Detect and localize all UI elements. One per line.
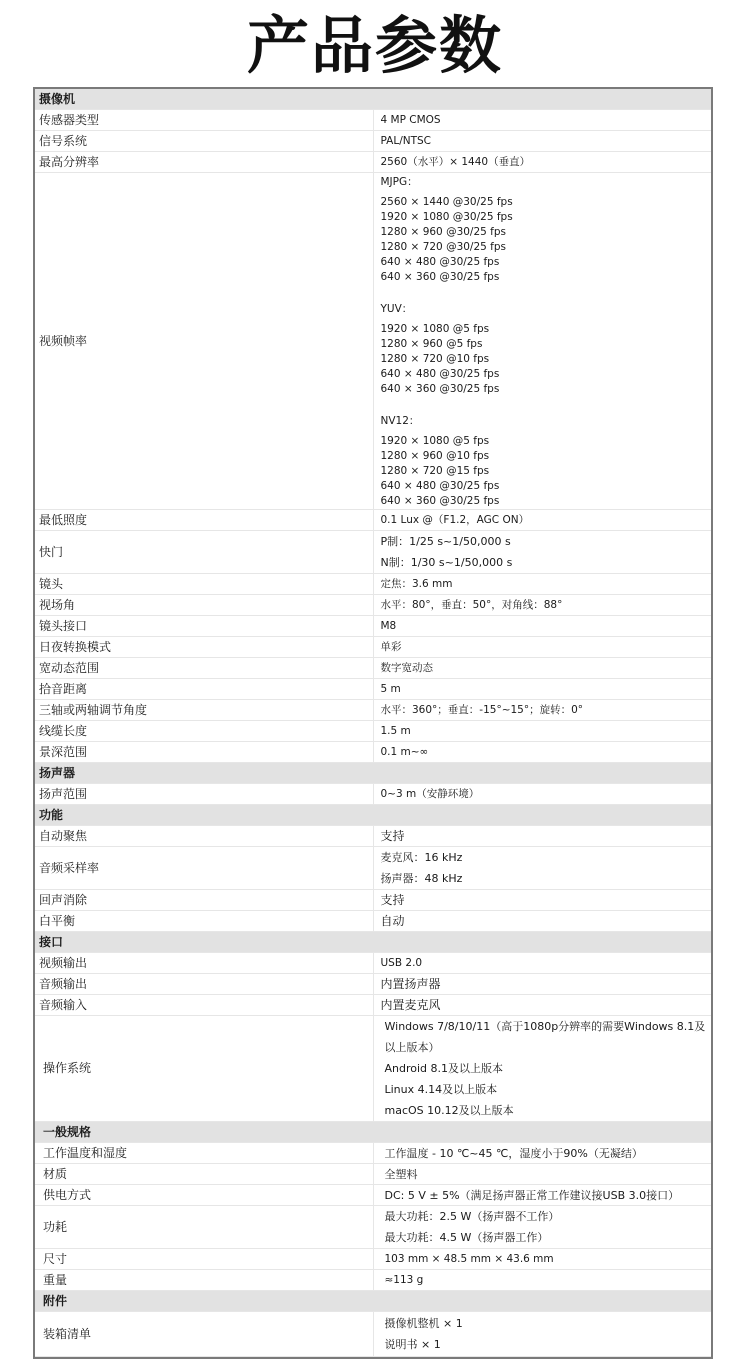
row-value: 内置麦克风 — [373, 995, 711, 1016]
row-value: 水平：80°，垂直：50°，对角线：88° — [373, 595, 711, 616]
table-row: 拾音距离 5 m — [35, 679, 711, 700]
row-label: 白平衡 — [35, 911, 373, 932]
table-row: 日夜转换模式 单彩 — [35, 637, 711, 658]
row-label: 视频输出 — [35, 953, 373, 974]
table-row: 视频输出 USB 2.0 — [35, 953, 711, 974]
frame-mode: 1920 × 1080 @5 fps — [381, 322, 708, 337]
row-label: 三轴或两轴调节角度 — [35, 700, 373, 721]
table-row: 扬声范围 0~3 m（安静环境） — [35, 784, 711, 805]
section-header-interface: 接口 — [35, 932, 711, 953]
spec-table: 摄像机 传感器类型 4 MP CMOS 信号系统 PAL/NTSC 最高分辨率 … — [33, 87, 713, 1359]
row-value: 支持 — [373, 826, 711, 847]
section-title: 接口 — [35, 932, 711, 953]
row-value: 数字宽动态 — [373, 658, 711, 679]
table-row: 镜头接口 M8 — [35, 616, 711, 637]
row-label: 自动聚焦 — [35, 826, 373, 847]
row-label: 操作系统 — [35, 1016, 373, 1122]
row-label: 拾音距离 — [35, 679, 373, 700]
row-label: 日夜转换模式 — [35, 637, 373, 658]
row-value: USB 2.0 — [373, 953, 711, 974]
value-line: 摄像机整机 × 1 — [385, 1313, 708, 1334]
section-title: 附件 — [35, 1291, 711, 1312]
table-row: 最高分辨率 2560（水平）× 1440（垂直） — [35, 152, 711, 173]
row-label: 重量 — [35, 1270, 373, 1291]
frame-mode: 640 × 360 @30/25 fps — [381, 382, 708, 397]
row-value: MJPG： 2560 × 1440 @30/25 fps 1920 × 1080… — [373, 173, 711, 510]
frame-mode: 1280 × 720 @30/25 fps — [381, 240, 708, 255]
page-title: 产品参数 — [0, 8, 750, 84]
row-value: 103 mm × 48.5 mm × 43.6 mm — [373, 1249, 711, 1270]
table-row: 快门 P制：1/25 s~1/50,000 s N制：1/30 s~1/50,0… — [35, 531, 711, 574]
spacer — [381, 397, 708, 412]
row-label: 视频帧率 — [35, 173, 373, 510]
table-row: 材质 全塑料 — [35, 1164, 711, 1185]
frame-mode: 640 × 360 @30/25 fps — [381, 494, 708, 509]
table-row: 操作系统 Windows 7/8/10/11（高于1080p分辨率的需要Wind… — [35, 1016, 711, 1122]
table-row: 功耗 最大功耗：2.5 W（扬声器不工作） 最大功耗：4.5 W（扬声器工作） — [35, 1206, 711, 1249]
row-label: 音频输入 — [35, 995, 373, 1016]
table-row: 三轴或两轴调节角度 水平：360°；垂直：-15°~15°；旋转：0° — [35, 700, 711, 721]
frame-mode: 2560 × 1440 @30/25 fps — [381, 195, 708, 210]
frame-mode: 1280 × 960 @30/25 fps — [381, 225, 708, 240]
section-title: 扬声器 — [35, 763, 711, 784]
table-row: 音频采样率 麦克风：16 kHz 扬声器：48 kHz — [35, 847, 711, 890]
table-row: 重量 ≈113 g — [35, 1270, 711, 1291]
row-label: 宽动态范围 — [35, 658, 373, 679]
table-row: 传感器类型 4 MP CMOS — [35, 110, 711, 131]
row-value: 最大功耗：2.5 W（扬声器不工作） 最大功耗：4.5 W（扬声器工作） — [373, 1206, 711, 1249]
section-title: 一般规格 — [35, 1122, 711, 1143]
row-label: 镜头接口 — [35, 616, 373, 637]
value-line: 麦克风：16 kHz — [381, 847, 708, 868]
row-value: 5 m — [373, 679, 711, 700]
table-row: 线缆长度 1.5 m — [35, 721, 711, 742]
frame-rate-list: MJPG： 2560 × 1440 @30/25 fps 1920 × 1080… — [381, 175, 708, 509]
table-row: 镜头 定焦：3.6 mm — [35, 574, 711, 595]
value-line: macOS 10.12及以上版本 — [385, 1100, 708, 1121]
value-line: N制：1/30 s~1/50,000 s — [381, 552, 708, 573]
table-row: 最低照度 0.1 Lux @（F1.2，AGC ON） — [35, 510, 711, 531]
row-value: 0.1 Lux @（F1.2，AGC ON） — [373, 510, 711, 531]
row-value: P制：1/25 s~1/50,000 s N制：1/30 s~1/50,000 … — [373, 531, 711, 574]
row-value: 定焦：3.6 mm — [373, 574, 711, 595]
row-value: 麦克风：16 kHz 扬声器：48 kHz — [373, 847, 711, 890]
row-label: 装箱清单 — [35, 1312, 373, 1357]
row-value: 自动 — [373, 911, 711, 932]
row-value: 内置扬声器 — [373, 974, 711, 995]
frame-mode: 1280 × 960 @10 fps — [381, 449, 708, 464]
frame-mode: 640 × 480 @30/25 fps — [381, 479, 708, 494]
row-value: 单彩 — [373, 637, 711, 658]
table-row: 景深范围 0.1 m~∞ — [35, 742, 711, 763]
table-row: 音频输出 内置扬声器 — [35, 974, 711, 995]
row-value: Windows 7/8/10/11（高于1080p分辨率的需要Windows 8… — [373, 1016, 711, 1122]
table-row-frame-rate: 视频帧率 MJPG： 2560 × 1440 @30/25 fps 1920 ×… — [35, 173, 711, 510]
row-value: M8 — [373, 616, 711, 637]
table-row: 工作温度和湿度 工作温度 - 10 ℃~45 ℃，湿度小于90%（无凝结） — [35, 1143, 711, 1164]
value-line: 扬声器：48 kHz — [381, 868, 708, 889]
value-line: P制：1/25 s~1/50,000 s — [381, 531, 708, 552]
row-label: 最高分辨率 — [35, 152, 373, 173]
spacer — [381, 285, 708, 300]
table-row: 装箱清单 摄像机整机 × 1 说明书 × 1 — [35, 1312, 711, 1357]
table-row: 回声消除 支持 — [35, 890, 711, 911]
value-line: Windows 7/8/10/11（高于1080p分辨率的需要Windows 8… — [385, 1016, 708, 1058]
section-title: 功能 — [35, 805, 711, 826]
row-label: 镜头 — [35, 574, 373, 595]
table-row: 视场角 水平：80°，垂直：50°，对角线：88° — [35, 595, 711, 616]
section-header-speaker: 扬声器 — [35, 763, 711, 784]
section-header-function: 功能 — [35, 805, 711, 826]
row-label: 信号系统 — [35, 131, 373, 152]
row-value: 全塑料 — [373, 1164, 711, 1185]
frame-mode: 1280 × 720 @10 fps — [381, 352, 708, 367]
frame-mode: 640 × 480 @30/25 fps — [381, 367, 708, 382]
row-label: 视场角 — [35, 595, 373, 616]
row-value: DC: 5 V ± 5%（满足扬声器正常工作建议接USB 3.0接口） — [373, 1185, 711, 1206]
row-value: 0~3 m（安静环境） — [373, 784, 711, 805]
section-header-camera: 摄像机 — [35, 89, 711, 110]
row-value: 1.5 m — [373, 721, 711, 742]
format-label: MJPG： — [381, 175, 708, 190]
frame-mode: 1920 × 1080 @30/25 fps — [381, 210, 708, 225]
value-line: 最大功耗：2.5 W（扬声器不工作） — [385, 1206, 708, 1227]
frame-mode: 640 × 360 @30/25 fps — [381, 270, 708, 285]
format-label: YUV： — [381, 302, 708, 317]
row-value: 2560（水平）× 1440（垂直） — [373, 152, 711, 173]
row-label: 扬声范围 — [35, 784, 373, 805]
row-value: 工作温度 - 10 ℃~45 ℃，湿度小于90%（无凝结） — [373, 1143, 711, 1164]
row-value: ≈113 g — [373, 1270, 711, 1291]
frame-mode: 1280 × 720 @15 fps — [381, 464, 708, 479]
row-label: 音频输出 — [35, 974, 373, 995]
row-label: 功耗 — [35, 1206, 373, 1249]
section-title: 摄像机 — [35, 89, 711, 110]
value-line: Linux 4.14及以上版本 — [385, 1079, 708, 1100]
row-value: 摄像机整机 × 1 说明书 × 1 — [373, 1312, 711, 1357]
row-label: 材质 — [35, 1164, 373, 1185]
format-label: NV12： — [381, 414, 708, 429]
row-value: 0.1 m~∞ — [373, 742, 711, 763]
frame-mode: 640 × 480 @30/25 fps — [381, 255, 708, 270]
row-label: 传感器类型 — [35, 110, 373, 131]
section-header-general: 一般规格 — [35, 1122, 711, 1143]
table-row: 信号系统 PAL/NTSC — [35, 131, 711, 152]
table-row: 白平衡 自动 — [35, 911, 711, 932]
row-label: 尺寸 — [35, 1249, 373, 1270]
table-row: 供电方式 DC: 5 V ± 5%（满足扬声器正常工作建议接USB 3.0接口） — [35, 1185, 711, 1206]
row-label: 最低照度 — [35, 510, 373, 531]
table-row: 音频输入 内置麦克风 — [35, 995, 711, 1016]
frame-mode: 1280 × 960 @5 fps — [381, 337, 708, 352]
section-header-accessories: 附件 — [35, 1291, 711, 1312]
table-row: 宽动态范围 数字宽动态 — [35, 658, 711, 679]
row-value: 支持 — [373, 890, 711, 911]
row-label: 线缆长度 — [35, 721, 373, 742]
row-value: 水平：360°；垂直：-15°~15°；旋转：0° — [373, 700, 711, 721]
row-label: 工作温度和湿度 — [35, 1143, 373, 1164]
value-line: 说明书 × 1 — [385, 1334, 708, 1355]
value-line: 最大功耗：4.5 W（扬声器工作） — [385, 1227, 708, 1248]
table-row: 尺寸 103 mm × 48.5 mm × 43.6 mm — [35, 1249, 711, 1270]
value-line: Android 8.1及以上版本 — [385, 1058, 708, 1079]
row-value: PAL/NTSC — [373, 131, 711, 152]
row-label: 景深范围 — [35, 742, 373, 763]
row-value: 4 MP CMOS — [373, 110, 711, 131]
table-row: 自动聚焦 支持 — [35, 826, 711, 847]
row-label: 供电方式 — [35, 1185, 373, 1206]
row-label: 回声消除 — [35, 890, 373, 911]
frame-mode: 1920 × 1080 @5 fps — [381, 434, 708, 449]
row-label: 快门 — [35, 531, 373, 574]
row-label: 音频采样率 — [35, 847, 373, 890]
